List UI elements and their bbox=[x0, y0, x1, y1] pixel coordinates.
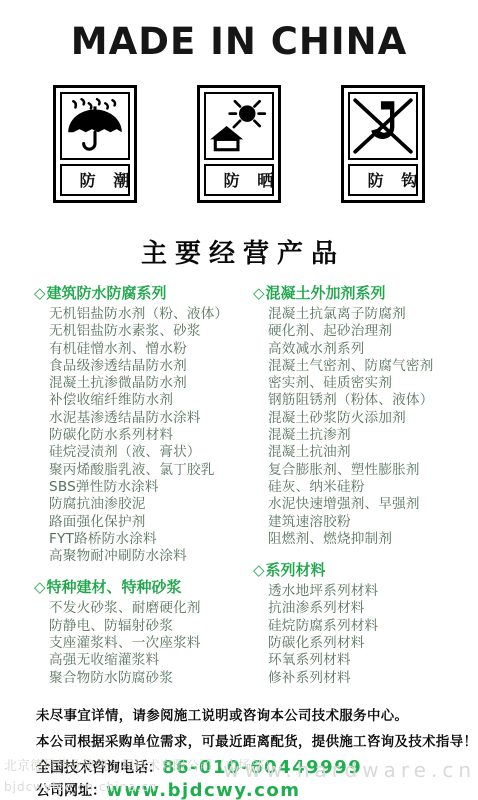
watermark-hardware-site: www.hardware.cn bbox=[223, 758, 476, 782]
sun-proof-mark: 防晒 bbox=[197, 85, 281, 203]
product-item: 硅烷浸渍剂（液、膏状） bbox=[49, 444, 253, 461]
product-item: 防碳化防水系列材料 bbox=[49, 427, 253, 444]
product-item: 建筑速溶胶粉 bbox=[268, 514, 472, 531]
product-column-left: ◇建筑防水防腐系列无机铝盐防水剂（粉、液体）无机铝盐防水素浆、砂浆有机硅憎水剂、… bbox=[34, 284, 253, 687]
product-columns: ◇建筑防水防腐系列无机铝盐防水剂（粉、液体）无机铝盐防水素浆、砂浆有机硅憎水剂、… bbox=[0, 270, 478, 687]
diamond-icon: ◇ bbox=[253, 561, 265, 579]
product-item: 密实剂、硅质密实剂 bbox=[268, 375, 472, 392]
watermark-china-site: bjdcwylee.cn.china.cn bbox=[4, 780, 158, 794]
section-heading-text: 系列材料 bbox=[266, 561, 326, 579]
product-item: 无机铝盐防水素浆、砂浆 bbox=[49, 323, 253, 340]
section-heading: ◇建筑防水防腐系列 bbox=[34, 284, 253, 303]
product-item: 钢筋阻锈剂（粉体、液体） bbox=[268, 392, 472, 409]
product-item: 水泥快速增强剂、早强剂 bbox=[268, 496, 472, 513]
product-item: 防静电、防辐射砂浆 bbox=[49, 618, 253, 635]
product-item: 复合膨胀剂、塑性膨胀剂 bbox=[268, 462, 472, 479]
product-item: 路面强化保护剂 bbox=[49, 514, 253, 531]
product-item: 透水地坪系列材料 bbox=[268, 583, 472, 600]
moisture-proof-label: 防潮 bbox=[60, 164, 130, 196]
section-heading: ◇系列材料 bbox=[253, 561, 472, 580]
product-item-list: 透水地坪系列材料抗油渗系列材料硅烷防腐系列材料防碳化系列材料环氧系列材料修补系列… bbox=[253, 583, 472, 687]
handling-icons-row: 防潮 防晒 bbox=[0, 85, 478, 203]
product-item: 硬化剂、起砂治理剂 bbox=[268, 323, 472, 340]
sun-house-icon bbox=[204, 92, 274, 160]
product-item: 硅烷防腐系列材料 bbox=[268, 618, 472, 635]
diamond-icon: ◇ bbox=[34, 284, 46, 302]
product-label-page: MADE IN CHINA 防潮 bbox=[0, 0, 478, 800]
product-item: 硅灰、纳米硅粉 bbox=[268, 479, 472, 496]
moisture-proof-mark: 防潮 bbox=[53, 85, 137, 203]
product-item: 修补系列材料 bbox=[268, 670, 472, 687]
crossed-hook-icon bbox=[348, 92, 418, 160]
product-item: 混凝土抗油剂 bbox=[268, 444, 472, 461]
section-heading-text: 混凝土外加剂系列 bbox=[266, 284, 386, 302]
product-item: 混凝土气密剂、防腐气密剂 bbox=[268, 358, 472, 375]
delivery-notice: 本公司根据采购单位需求，可最近距离配货，提供施工咨询及技术指导！ bbox=[36, 731, 478, 750]
product-item: 混凝土砂浆防火添加剂 bbox=[268, 410, 472, 427]
no-hooks-label: 防钩 bbox=[348, 164, 418, 196]
product-item: 高聚物耐冲刷防水涂料 bbox=[49, 548, 253, 565]
products-section-title: 主要经营产品 bbox=[0, 233, 478, 270]
product-item: 混凝土抗渗微晶防水剂 bbox=[49, 375, 253, 392]
page-title: MADE IN CHINA bbox=[0, 0, 478, 63]
product-item-list: 混凝土抗氯离子防腐剂硬化剂、起砂治理剂高效减水剂系列混凝土气密剂、防腐气密剂密实… bbox=[253, 306, 472, 548]
product-item: 补偿收缩纤维防水剂 bbox=[49, 392, 253, 409]
product-item: 阻燃剂、燃烧抑制剂 bbox=[268, 531, 472, 548]
product-item: 防碳化系列材料 bbox=[268, 635, 472, 652]
product-item: 不发火砂浆、耐磨硬化剂 bbox=[49, 600, 253, 617]
section-heading: ◇混凝土外加剂系列 bbox=[253, 284, 472, 303]
diamond-icon: ◇ bbox=[253, 284, 265, 302]
section-heading: ◇特种建材、特种砂浆 bbox=[34, 578, 253, 597]
no-hooks-mark: 防钩 bbox=[341, 85, 425, 203]
product-item: 聚丙烯酸脂乳液、氯丁胶乳 bbox=[49, 462, 253, 479]
product-item: 聚合物防水防腐砂浆 bbox=[49, 670, 253, 687]
product-item: 无机铝盐防水剂（粉、液体） bbox=[49, 306, 253, 323]
product-item: 水泥基渗透结晶防水涂料 bbox=[49, 410, 253, 427]
product-item-list: 无机铝盐防水剂（粉、液体）无机铝盐防水素浆、砂浆有机硅憎水剂、憎水粉食品级渗透结… bbox=[34, 306, 253, 565]
sun-proof-label: 防晒 bbox=[204, 164, 274, 196]
product-item-list: 不发火砂浆、耐磨硬化剂防静电、防辐射砂浆支座灌浆料、一次座浆料高强无收缩灌浆料聚… bbox=[34, 600, 253, 686]
product-item: 抗油渗系列材料 bbox=[268, 600, 472, 617]
product-item: SBS弹性防水涂料 bbox=[49, 479, 253, 496]
umbrella-rain-icon bbox=[60, 92, 130, 160]
product-item: 食品级渗透结晶防水剂 bbox=[49, 358, 253, 375]
product-item: 环氧系列材料 bbox=[268, 652, 472, 669]
product-column-right: ◇混凝土外加剂系列混凝土抗氯离子防腐剂硬化剂、起砂治理剂高效减水剂系列混凝土气密… bbox=[253, 284, 472, 687]
product-item: 防腐抗油渗胶泥 bbox=[49, 496, 253, 513]
product-item: 高效减水剂系列 bbox=[268, 341, 472, 358]
section-heading-text: 建筑防水防腐系列 bbox=[47, 284, 167, 302]
product-item: 有机硅憎水剂、憎水粉 bbox=[49, 341, 253, 358]
section-heading-text: 特种建材、特种砂浆 bbox=[47, 578, 182, 596]
product-item: 混凝土抗渗剂 bbox=[268, 427, 472, 444]
service-notice: 未尽事宜详情，请参阅施工说明或咨询本公司技术服务中心。 bbox=[36, 705, 478, 724]
diamond-icon: ◇ bbox=[34, 578, 46, 596]
product-item: 高强无收缩灌浆料 bbox=[49, 652, 253, 669]
product-item: 混凝土抗氯离子防腐剂 bbox=[268, 306, 472, 323]
product-item: 支座灌浆料、一次座浆料 bbox=[49, 635, 253, 652]
product-item: FYT路桥防水涂料 bbox=[49, 531, 253, 548]
